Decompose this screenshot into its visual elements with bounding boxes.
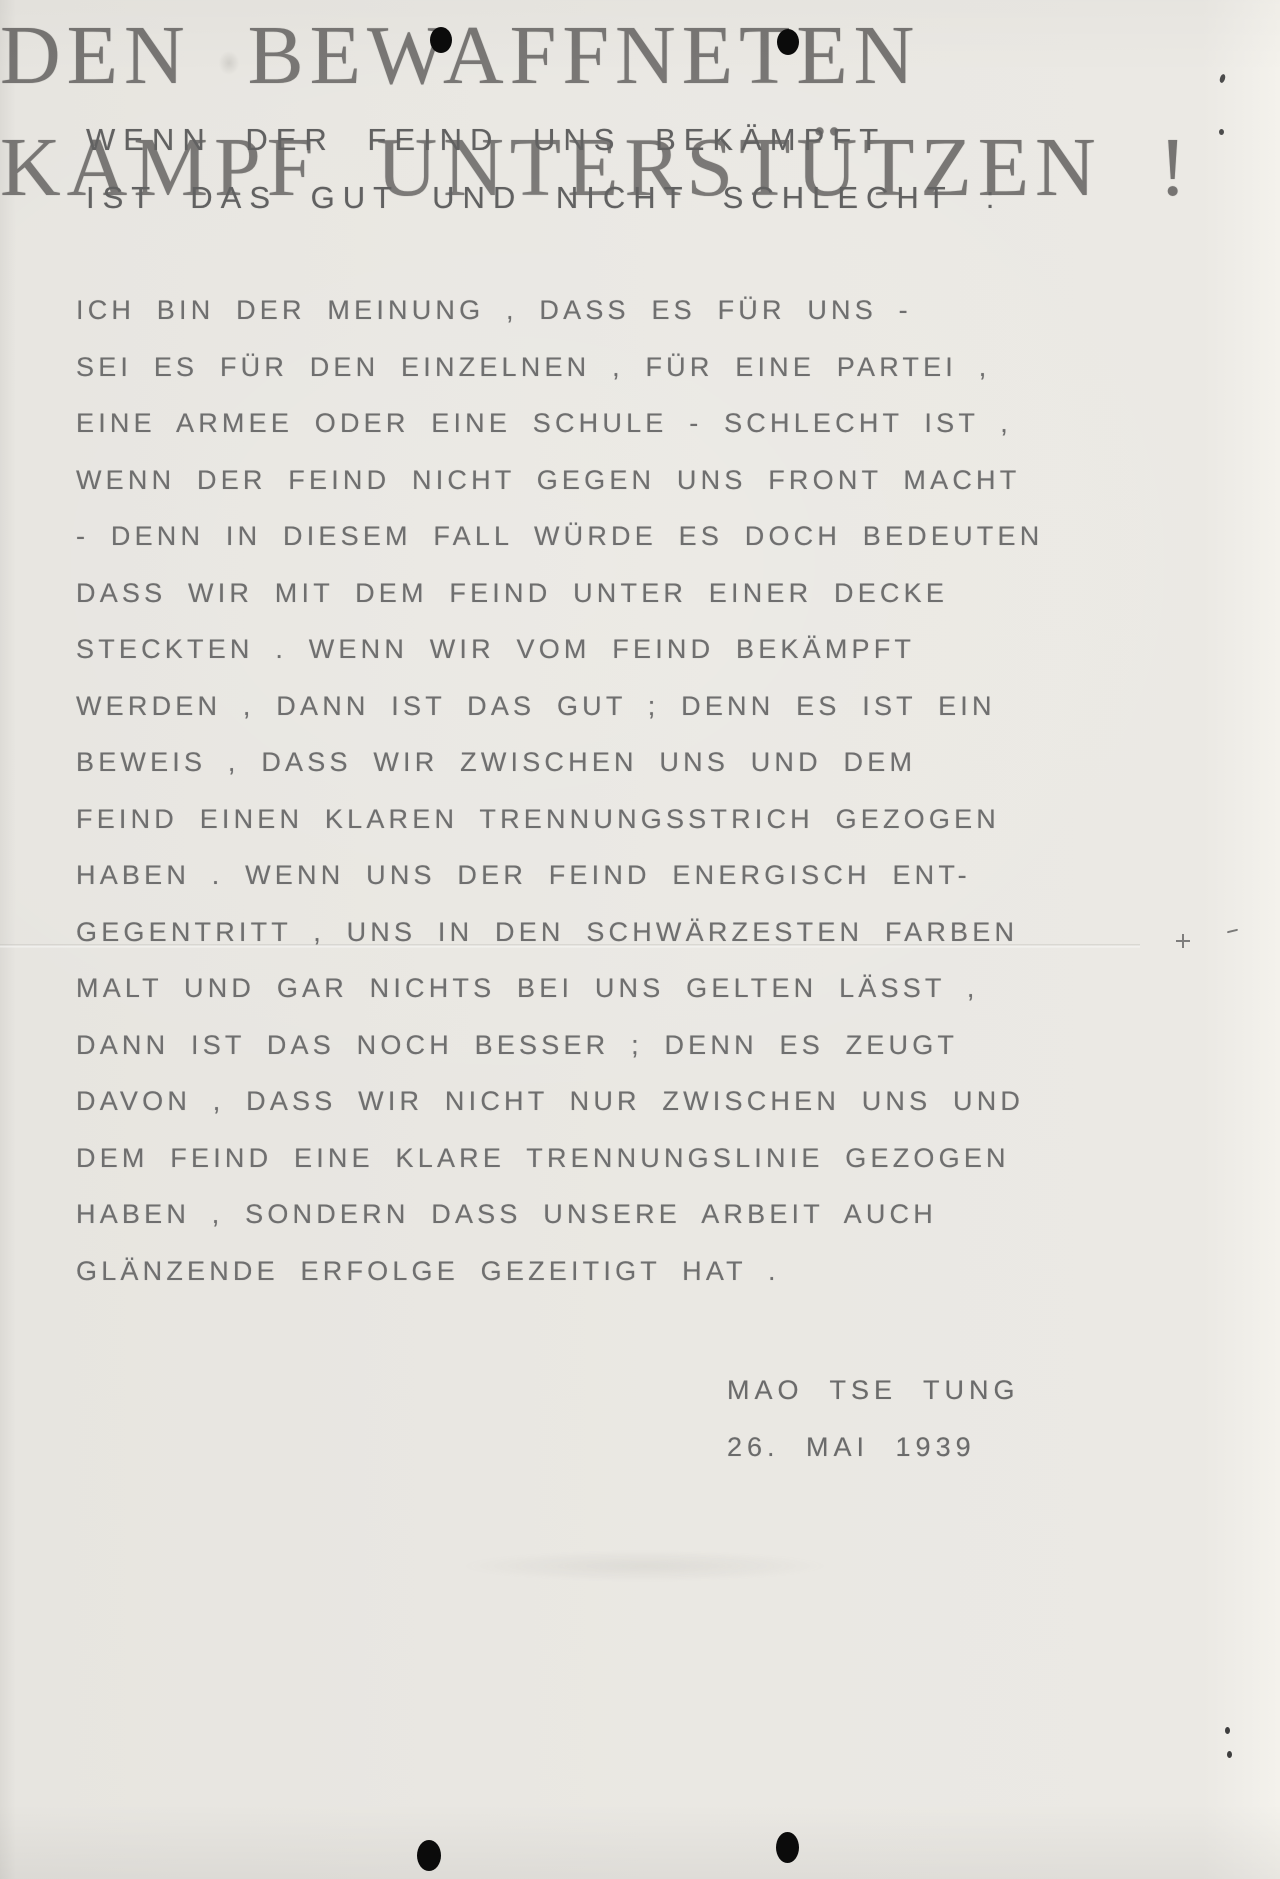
typewritten-line: ICH BIN DER MEINUNG , DASS ES FÜR UNS - — [76, 282, 1043, 339]
scan-speck — [1225, 1727, 1230, 1734]
punch-hole-top-right — [777, 29, 799, 55]
typewritten-line: MALT UND GAR NICHTS BEI UNS GELTEN LÄSST… — [76, 960, 1043, 1017]
typewritten-line: HABEN , SONDERN DASS UNSERE ARBEIT AUCH — [76, 1186, 1043, 1243]
typewritten-line: DEM FEIND EINE KLARE TRENNUNGSLINIE GEZO… — [76, 1130, 1043, 1187]
typewritten-line: WERDEN , DANN IST DAS GUT ; DENN ES IST … — [76, 678, 1043, 735]
quote-body: ICH BIN DER MEINUNG , DASS ES FÜR UNS - … — [76, 282, 1043, 1299]
scanned-leaflet-page: WENN DER FEIND UNS BEKÄMPFT IST DAS GUT … — [0, 0, 1280, 1879]
typewritten-line: WENN DER FEIND NICHT GEGEN UNS FRONT MAC… — [76, 452, 1043, 509]
typewritten-line: DAVON , DASS WIR NICHT NUR ZWISCHEN UNS … — [76, 1073, 1043, 1130]
quote-attribution: MAO TSE TUNG 26. MAI 1939 — [727, 1362, 1020, 1476]
typewritten-line: HABEN . WENN UNS DER FEIND ENERGISCH ENT… — [76, 847, 1043, 904]
typewritten-line: GLÄNZENDE ERFOLGE GEZEITIGT HAT . — [76, 1243, 1043, 1300]
attribution-date: 26. MAI 1939 — [727, 1419, 1020, 1476]
heading-line: IST DAS GUT UND NICHT SCHLECHT : — [86, 169, 1002, 227]
heading-line: WENN DER FEIND UNS BEKÄMPFT — [86, 111, 1002, 169]
typewritten-line: EINE ARMEE ODER EINE SCHULE - SCHLECHT I… — [76, 395, 1043, 452]
typewritten-line: STECKTEN . WENN WIR VOM FEIND BEKÄMPFT — [76, 621, 1043, 678]
typewritten-line: SEI ES FÜR DEN EINZELNEN , FÜR EINE PART… — [76, 339, 1043, 396]
document-heading: WENN DER FEIND UNS BEKÄMPFT IST DAS GUT … — [86, 111, 1002, 227]
typewritten-line: FEIND EINEN KLAREN TRENNUNGSSTRICH GEZOG… — [76, 791, 1043, 848]
typewritten-line: GEGENTRITT , UNS IN DEN SCHWÄRZESTEN FAR… — [76, 904, 1043, 961]
ink-offset-ghost — [430, 1548, 860, 1584]
punch-hole-bottom-right — [776, 1832, 799, 1863]
scan-speck — [1219, 129, 1224, 135]
punch-hole-bottom-left — [417, 1840, 441, 1871]
typewritten-line: BEWEIS , DASS WIR ZWISCHEN UNS UND DEM — [76, 734, 1043, 791]
typewritten-line: - DENN IN DIESEM FALL WÜRDE ES DOCH BEDE… — [76, 508, 1043, 565]
typewritten-line: DANN IST DAS NOCH BESSER ; DENN ES ZEUGT — [76, 1017, 1043, 1074]
scan-speck — [1227, 929, 1238, 934]
registration-cross-mark — [1176, 934, 1190, 948]
attribution-author: MAO TSE TUNG — [727, 1362, 1020, 1419]
scan-speck — [1227, 1751, 1232, 1758]
typewritten-line: DASS WIR MIT DEM FEIND UNTER EINER DECKE — [76, 565, 1043, 622]
headline-line: DEN BEWAFFNETEN — [0, 0, 1280, 112]
punch-hole-top-left — [430, 27, 452, 53]
